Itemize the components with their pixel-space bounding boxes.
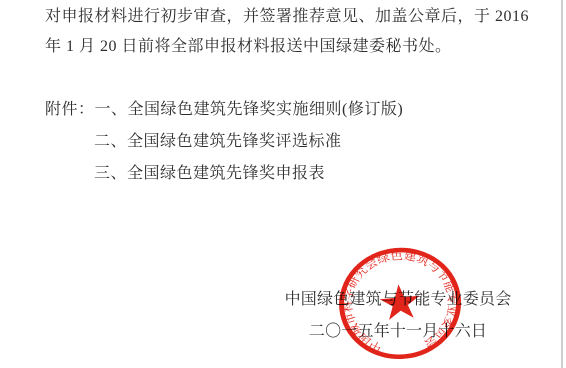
attachment-row-3: 三、全国绿色建筑先锋奖申报表	[45, 158, 403, 190]
attachment-item-2: 二、全国绿色建筑先锋奖评选标准	[94, 133, 342, 150]
signature-organization: 中国绿色建筑与节能专业委员会	[246, 290, 550, 310]
document-page: 对申报材料进行初步审查，并签署推荐意见、加盖公章后，于 2016 年 1 月 2…	[0, 0, 566, 368]
signature-date: 二〇一五年十一月十六日	[246, 322, 550, 342]
attachment-list: 附件：一、全国绿色建筑先锋奖实施细则(修订版) 二、全国绿色建筑先锋奖评选标准 …	[45, 94, 403, 190]
page-edge-line	[561, 0, 563, 368]
attachment-row-2: 二、全国绿色建筑先锋奖评选标准	[45, 126, 403, 158]
body-paragraph-line-1: 对申报材料进行初步审查，并签署推荐意见、加盖公章后，于 2016	[45, 2, 527, 32]
attachment-item-3: 三、全国绿色建筑先锋奖申报表	[94, 165, 325, 182]
body-paragraph-line-2: 年 1 月 20 日前将全部申报材料报送中国绿建委秘书处。	[45, 32, 527, 62]
attachment-item-1: 一、全国绿色建筑先锋奖实施细则(修订版)	[95, 101, 404, 118]
attachment-label: 附件：	[45, 101, 95, 118]
body-paragraph: 对申报材料进行初步审查，并签署推荐意见、加盖公章后，于 2016 年 1 月 2…	[45, 2, 527, 62]
attachment-row-1: 附件：一、全国绿色建筑先锋奖实施细则(修订版)	[45, 94, 403, 126]
